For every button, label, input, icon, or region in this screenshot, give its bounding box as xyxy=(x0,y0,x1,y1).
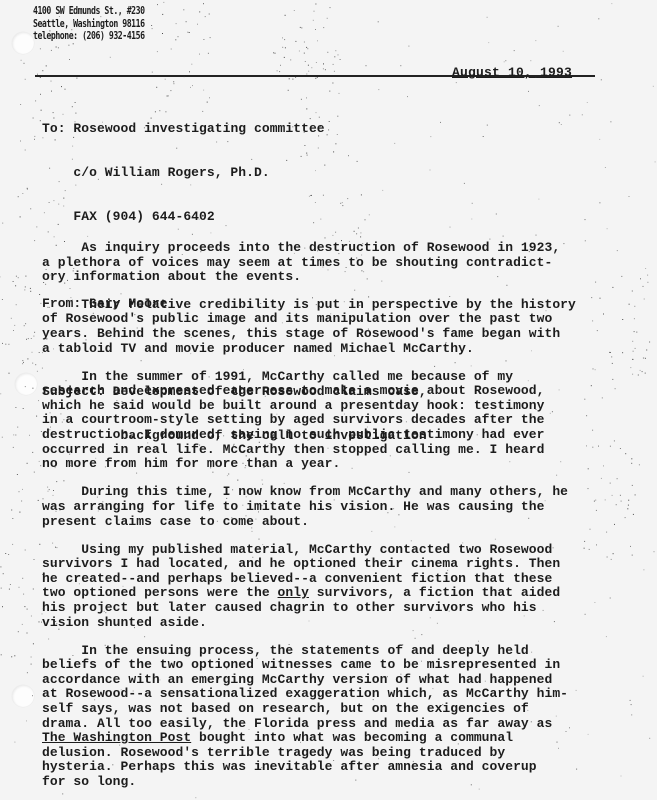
text-line: destruction. I demured, saying no such p… xyxy=(42,428,576,443)
letterhead-address: 4100 SW Edmunds St., #230 xyxy=(33,5,145,18)
text-line: a tabloid TV and movie producer named Mi… xyxy=(42,342,576,357)
scanned-letter-page: 4100 SW Edmunds St., #230 Seattle, Washi… xyxy=(0,0,657,800)
paragraph: Their relative credibility is put in per… xyxy=(42,298,576,356)
paragraph: In the summer of 1991, McCarthy called m… xyxy=(42,370,576,472)
underlined-text: The Washington Post xyxy=(42,730,191,745)
punch-hole xyxy=(15,373,37,395)
to-line-3: FAX (904) 644-6402 xyxy=(42,210,427,225)
text-line: of Rosewood's public image and its manip… xyxy=(42,312,576,327)
text-line: in a courtroom-style setting by aged sur… xyxy=(42,413,576,428)
text-line: no more from him for more than a year. xyxy=(42,457,576,472)
text-line: occurred in real life. McCarthy then sto… xyxy=(42,443,576,458)
text-line: The Washington Post bought into what was… xyxy=(42,731,576,746)
text-line: drama. All too easily, the Florida press… xyxy=(42,717,576,732)
text-line: As inquiry proceeds into the destruction… xyxy=(42,241,576,256)
text-line: for so long. xyxy=(42,775,576,790)
underlined-text: only xyxy=(278,585,309,600)
text-line: his project but later caused chagrin to … xyxy=(42,601,576,616)
text-line: hysteria. Perhaps this was inevitable af… xyxy=(42,760,576,775)
text-line: ory information about the events. xyxy=(42,270,576,285)
text-line: Using my published material, McCarthy co… xyxy=(42,543,576,558)
text-line: During this time, I now know from McCart… xyxy=(42,485,576,500)
text-line: self says, was not based on research, bu… xyxy=(42,702,576,717)
punch-hole xyxy=(12,685,34,707)
text-line: vision shunted aside. xyxy=(42,616,576,631)
paragraph: Using my published material, McCarthy co… xyxy=(42,543,576,631)
text-line: In the ensuing process, the statements o… xyxy=(42,644,576,659)
paragraph: In the ensuing process, the statements o… xyxy=(42,644,576,790)
text-line: beliefs of the two optioned witnesses ca… xyxy=(42,658,576,673)
text-line: a plethora of voices may seem at times t… xyxy=(42,256,576,271)
to-line: To: Rosewood investigating committee xyxy=(42,122,427,137)
paragraph: As inquiry proceeds into the destruction… xyxy=(42,241,576,285)
text-line: two optioned persons were the only survi… xyxy=(42,586,576,601)
text-line: he created--and perhaps believed--a conv… xyxy=(42,572,576,587)
text-line: In the summer of 1991, McCarthy called m… xyxy=(42,370,576,385)
paragraph: During this time, I now know from McCart… xyxy=(42,485,576,529)
text-line: years. Behind the scenes, this stage of … xyxy=(42,327,576,342)
letterhead-phone: telephone: (206) 932-4156 xyxy=(33,30,145,43)
letter-body: As inquiry proceeds into the destruction… xyxy=(42,241,576,800)
text-line: research and expressed eagerness to make… xyxy=(42,384,576,399)
punch-hole xyxy=(12,32,34,54)
text-line: survivors I had located, and he optioned… xyxy=(42,557,576,572)
text-line: was arranging for life to imitate his vi… xyxy=(42,500,576,515)
text-line: delusion. Rosewood's terrible tragedy wa… xyxy=(42,746,576,761)
text-line: which he said would be built around a pr… xyxy=(42,399,576,414)
letterhead-city: Seattle, Washington 98116 xyxy=(33,18,145,31)
letter-date: August 10, 1993 xyxy=(452,65,572,80)
text-line: Their relative credibility is put in per… xyxy=(42,298,576,313)
to-value: Rosewood investigating committee xyxy=(73,121,324,136)
text-line: accordance with an emerging McCarthy ver… xyxy=(42,673,576,688)
text-line: present claims case to come about. xyxy=(42,515,576,530)
to-line-2: c/o William Rogers, Ph.D. xyxy=(42,166,427,181)
text-line: at Rosewood--a sensationalized exaggerat… xyxy=(42,687,576,702)
letterhead: 4100 SW Edmunds St., #230 Seattle, Washi… xyxy=(33,5,145,43)
to-label: To: xyxy=(42,121,66,136)
